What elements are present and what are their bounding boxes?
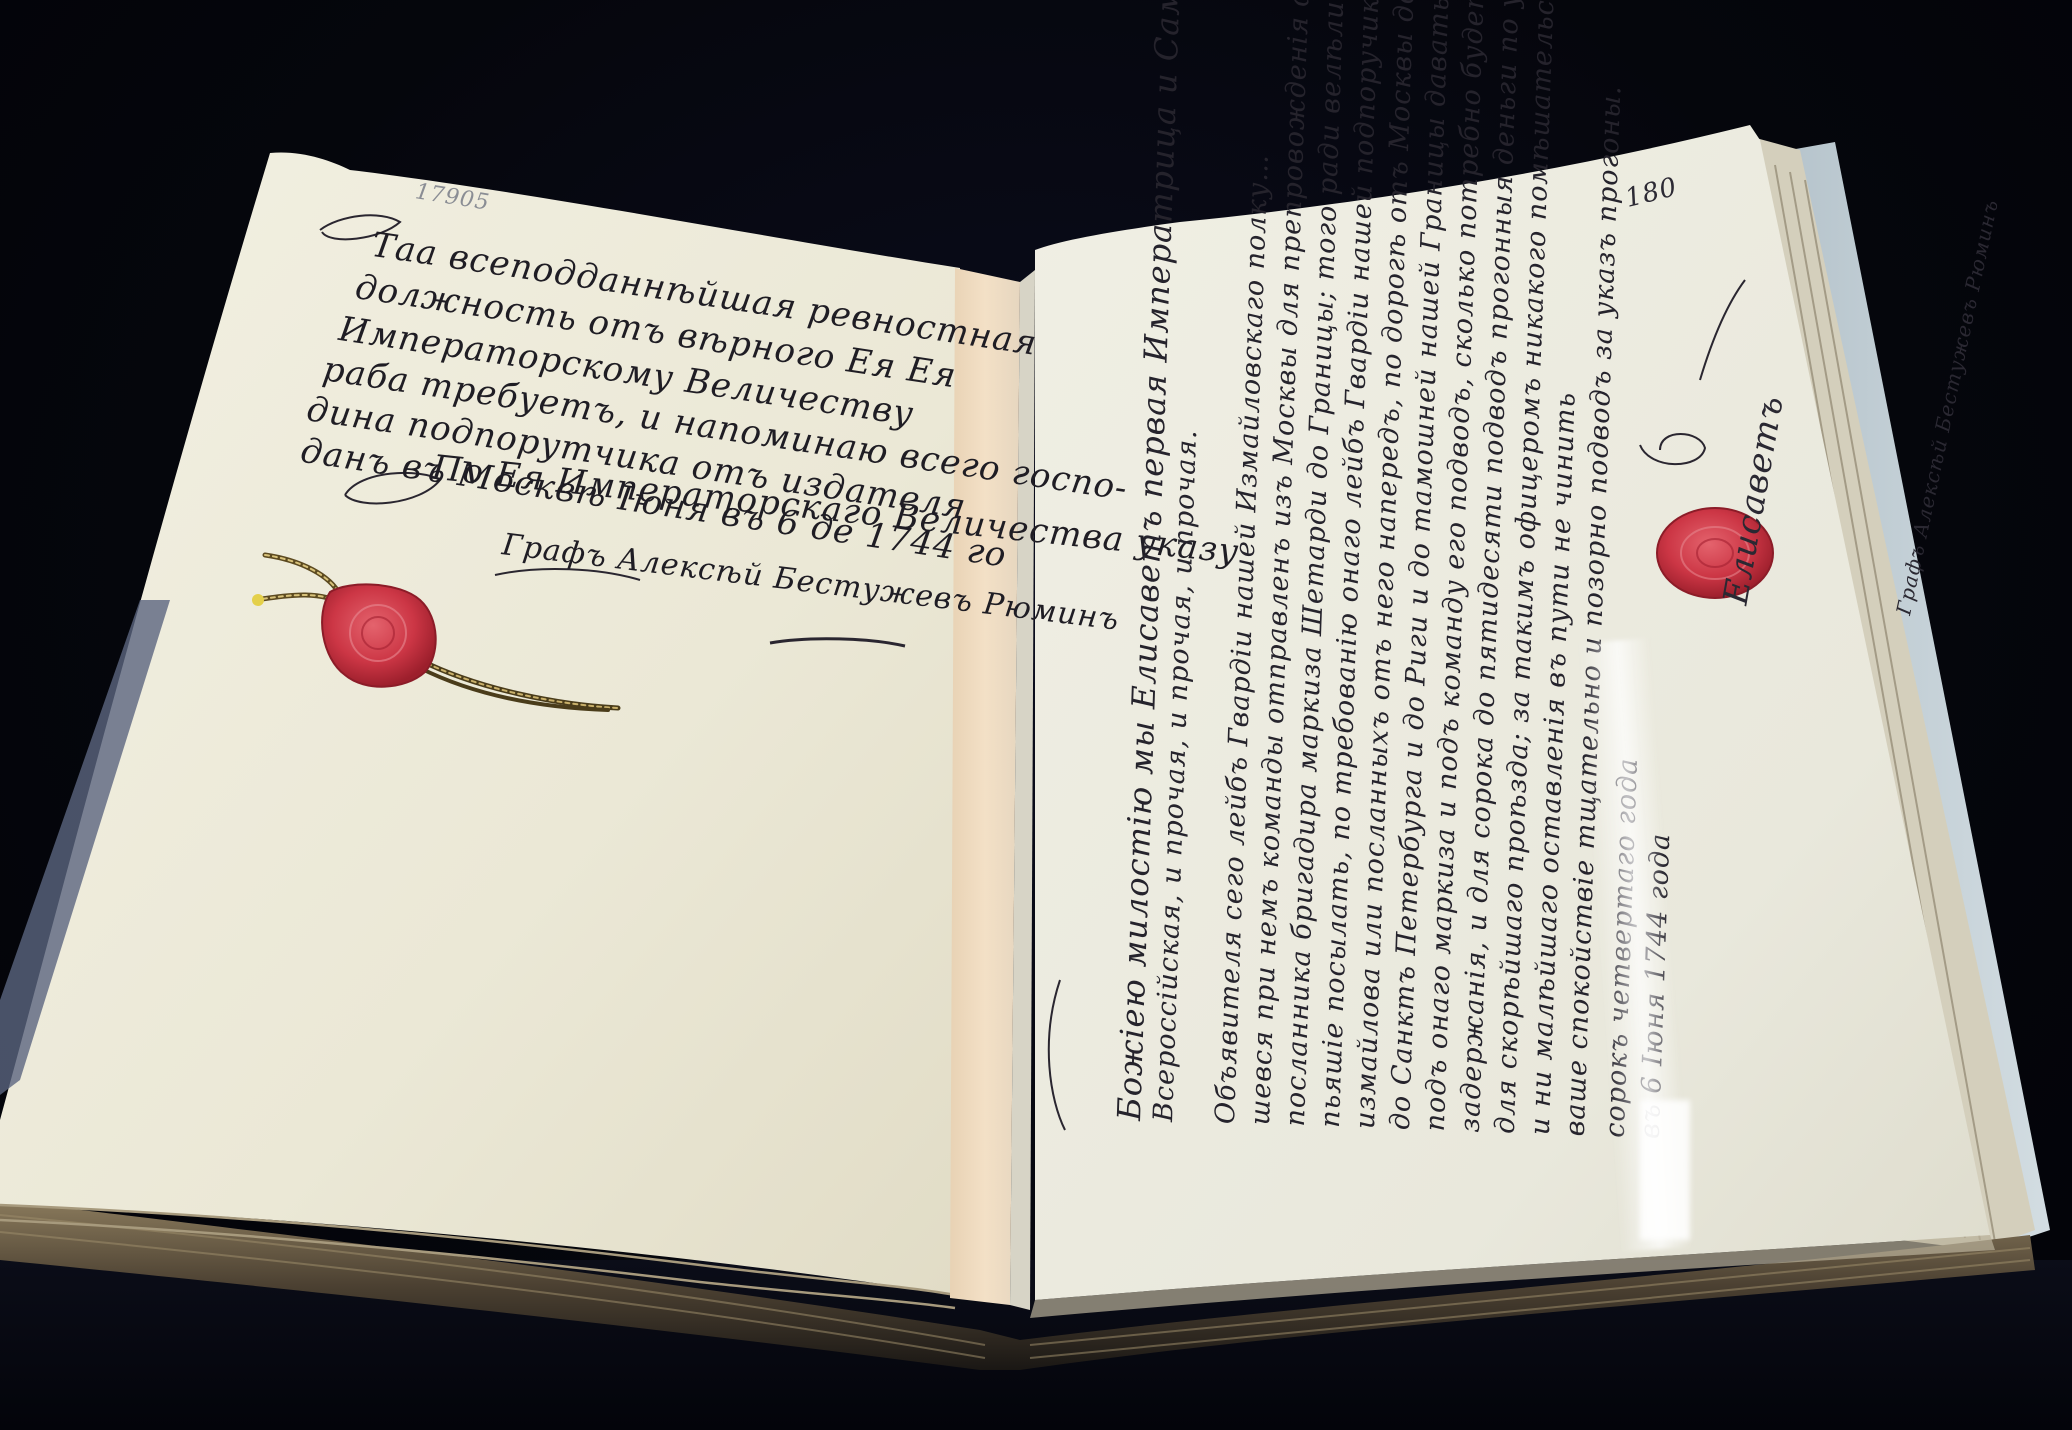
open-book bbox=[0, 0, 2072, 1430]
museum-display-scene: 17905 Таа всеподданнѣйшая ревностная дол… bbox=[0, 0, 2072, 1430]
display-glass-glare-spot bbox=[1640, 1100, 1690, 1240]
gutter-strip bbox=[950, 268, 1020, 1305]
